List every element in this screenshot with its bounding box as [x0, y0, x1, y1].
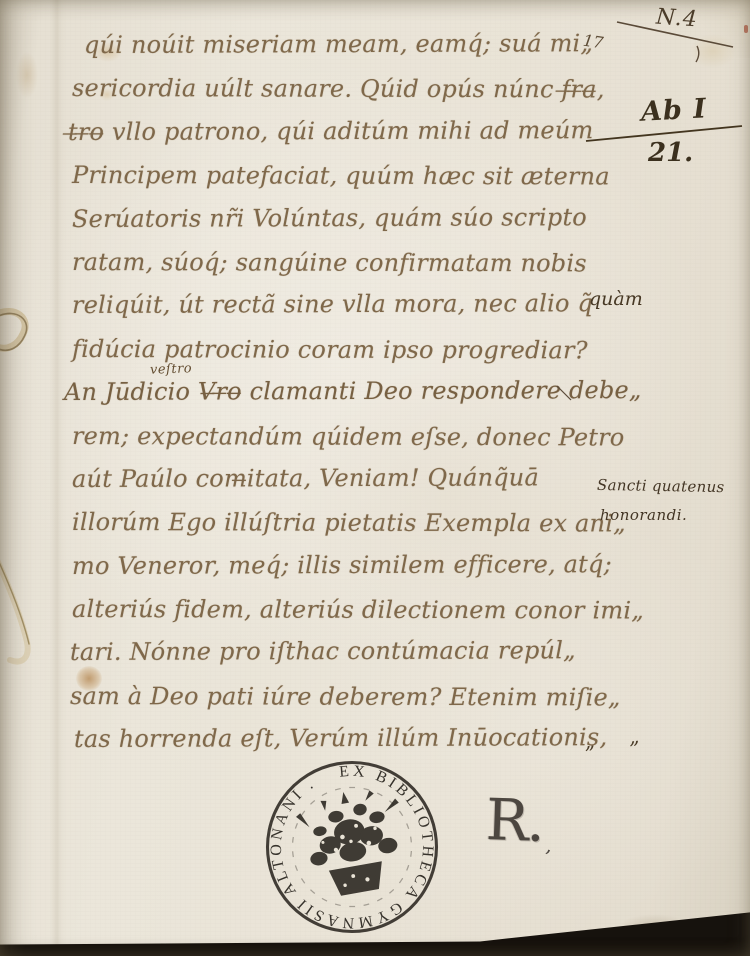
red-edge-mark	[744, 25, 748, 33]
manuscript-line: illorúm Ego illúſtria pietatis Exempla e…	[72, 501, 632, 546]
paper-stain	[690, 34, 736, 68]
manuscript-line: t̶r̶o̶ vllo patrono, qúi aditúm mihi ad …	[68, 109, 632, 154]
page-crease	[50, 0, 66, 956]
manuscript-line: rem; expectandúm qúidem eſse, donec Petr…	[72, 415, 632, 460]
manuscript-line: sericordia uúlt sanare. Qúid opús núnc f…	[72, 67, 632, 112]
margin-note-honorandi: honorandi.	[600, 506, 687, 524]
margin-corner-number: N.4	[655, 5, 698, 33]
margin-line-count: 17	[582, 31, 605, 53]
margin-note-sancti: Sancti quatenus	[597, 476, 725, 496]
binding-thread-shadow	[0, 562, 29, 644]
manuscript-line: Principem patefaciat, quúm hæc sit ætern…	[72, 154, 632, 199]
shelfmark-denominator: 21.	[648, 138, 693, 168]
library-stamp: EX BIBLIOTHECA GYMNASII ALTONANI .	[256, 751, 448, 943]
shelfmark-numerator: Ab I	[640, 93, 707, 127]
manuscript-text: qúi noúit miseriam meam, eamq́; suá mi„ …	[72, 24, 632, 762]
margin-note-quam: quàm	[589, 288, 643, 310]
manuscript-page: qúi noúit miseriam meam, eamq́; suá mi„ …	[0, 0, 750, 956]
manuscript-line: mo Veneror, meq́; illis similem efficere…	[72, 543, 632, 588]
manuscript-line: tari. Nónne pro iſthac contúmacia repúl„	[70, 630, 632, 675]
stamp-group: EX BIBLIOTHECA GYMNASII ALTONANI .	[256, 751, 448, 943]
ownership-letter: R.	[485, 792, 544, 851]
paper-stain	[16, 52, 38, 98]
binding-thread-shadow	[0, 313, 27, 350]
flower-basket-icon	[293, 783, 413, 901]
binding-thread-icon	[0, 311, 25, 348]
interlinear-correction: veſtro	[150, 361, 193, 377]
manuscript-line: alteriús fidem, alteriús dilectionem con…	[72, 588, 632, 633]
corner-number-flourish	[696, 46, 699, 62]
manuscript-line: reliqúit, út rectã sine vlla mora, nec a…	[72, 282, 632, 327]
manuscript-line: An Jūdicio V̶r̶o̶ clamanti Deo responder…	[64, 369, 632, 414]
manuscript-line: qúi noúit miseriam meam, eamq́; suá mi„	[84, 22, 632, 67]
manuscript-line: aút Paúlo com̶itata, Veniam! Quánq̃uā	[72, 456, 632, 501]
manuscript-line: Serúatoris nr̃i Volúntas, quám súo scrip…	[72, 196, 632, 241]
manuscript-line: ratam, súoq́; sangúine confirmatam nobis	[72, 241, 632, 286]
manuscript-line: sam à Deo pati iúre deberem? Etenim miſi…	[70, 675, 632, 720]
binding-thread-icon	[0, 560, 28, 661]
